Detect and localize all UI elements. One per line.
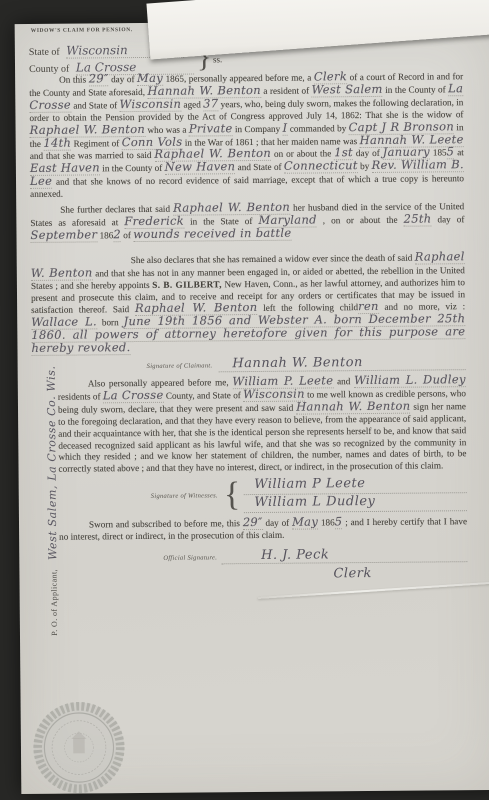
handwritten-entry: 29″: [243, 515, 263, 530]
witness-attestation-paragraph: Also personally appeared before me, Will…: [58, 374, 467, 476]
claimant-signature: Hannah W. Benton: [218, 354, 465, 372]
printed-text: 185: [430, 148, 447, 158]
handwritten-entry: La Crosse: [103, 388, 164, 404]
witnesses-signature-label: Signature of Witnesses.: [151, 492, 218, 500]
handwritten-entry: wounds received in battle: [133, 226, 291, 242]
handwritten-entry: New Haven: [165, 160, 236, 176]
printed-text: day of: [108, 74, 137, 84]
printed-text: commanded by: [287, 123, 348, 134]
printed-text: by: [358, 161, 372, 171]
claimant-signature-label: Signature of Claimant.: [147, 362, 213, 370]
printed-text: and that she knows of no record evidence…: [30, 173, 464, 199]
pension-claim-paper: Widow's Claim for Pension. State of Wisc…: [15, 20, 489, 794]
document-scan: Widow's Claim for Pension. State of Wisc…: [0, 0, 489, 800]
printed-text: She also declares that she has remained …: [131, 252, 415, 264]
handwritten-entry: 14th: [43, 135, 71, 150]
printed-text: born: [97, 317, 124, 327]
printed-text: 1865, personally appeared before me, a: [163, 72, 314, 83]
printed-text: residents of: [58, 391, 103, 401]
handwritten-entry: May: [292, 515, 318, 530]
witness-signature-block: Signature of Witnesses. { William P Leet…: [33, 474, 467, 516]
handwritten-entry: 25th: [404, 211, 432, 226]
printed-text: , on or about the: [317, 215, 404, 226]
printed-text: who was a: [145, 124, 189, 134]
printed-text: and: [333, 376, 354, 386]
handwritten-entry: Wisconsin: [119, 96, 181, 112]
printed-text: County, and State of: [163, 390, 243, 401]
death-paragraph: She further declares that said Raphael W…: [30, 200, 464, 243]
handwritten-entry: West Salem: [311, 82, 382, 98]
printed-text: in the State of: [184, 216, 259, 227]
margin-note-label: P. O. of Applicant,: [49, 569, 59, 636]
handwritten-entry: September: [30, 227, 97, 243]
declaration-paragraph: On this 29″ day of May 1865, personally …: [29, 70, 464, 201]
printed-text: in the County of: [100, 163, 165, 174]
printed-text: 186: [97, 230, 113, 240]
handwritten-entry: Private: [189, 121, 233, 136]
printed-text: aged: [181, 99, 203, 109]
witness-brace: {: [224, 476, 241, 514]
state-label: State of: [29, 47, 60, 58]
printed-text: On this: [59, 74, 89, 84]
printed-text: at: [454, 148, 464, 158]
official-signature-label: Official Signature.: [163, 554, 217, 561]
witness-signatures: William P Leete William L Dudley: [244, 475, 467, 513]
ss-label: ss.: [213, 54, 222, 64]
printed-text: a resident of: [261, 85, 312, 95]
printed-text: Also personally appeared before me,: [88, 377, 233, 388]
printed-text: day of: [353, 148, 383, 158]
printed-text: Regiment of: [71, 138, 122, 148]
printed-text: and that she was married to said: [30, 150, 155, 161]
official-signature: H. J. Peck: [221, 546, 467, 564]
printed-text: and State of: [235, 162, 284, 172]
margin-note-value: West Salem, La Crosse Co. Wis.: [45, 365, 60, 560]
handwritten-entry: William L. Dudley: [354, 372, 466, 388]
handwritten-entry: 29″: [89, 71, 109, 86]
witness-signature-1: William P Leete: [244, 475, 467, 495]
form-title: Widow's Claim for Pension.: [31, 27, 133, 34]
margin-note: P. O. of Applicant, West Salem, La Cross…: [41, 296, 62, 636]
printed-text: day of: [263, 518, 293, 528]
printed-text: of: [121, 230, 133, 240]
printed-bold-text: S. B. GILBERT,: [152, 279, 222, 290]
document-body: On this 29″ day of May 1865, personally …: [29, 70, 467, 584]
printed-text: in the County of: [383, 84, 448, 95]
handwritten-entry: 37: [203, 96, 218, 111]
handwritten-entry: Connecticut: [284, 158, 358, 174]
widowhood-paragraph: She also declares that she has remained …: [31, 251, 466, 356]
official-title: Clerk: [33, 565, 467, 584]
witness-signature-2: William L Dudley: [244, 493, 467, 513]
printed-text: day of: [431, 214, 464, 224]
sworn-paragraph: Sworn and subscribed to before me, this …: [59, 515, 467, 543]
printed-text: on or about the: [271, 149, 334, 160]
printed-text: 186: [318, 518, 335, 528]
printed-text: and State of: [71, 100, 120, 110]
handwritten-entry: Hannah W. Benton: [296, 398, 410, 414]
printed-text: in Company: [233, 123, 283, 133]
embossed-seal-icon: [31, 699, 128, 796]
official-signature-row: Official Signature. H. J. Peck: [33, 546, 467, 568]
printed-text: Sworn and subscribed to before me, this: [89, 518, 243, 529]
fold-crease: [258, 581, 489, 599]
